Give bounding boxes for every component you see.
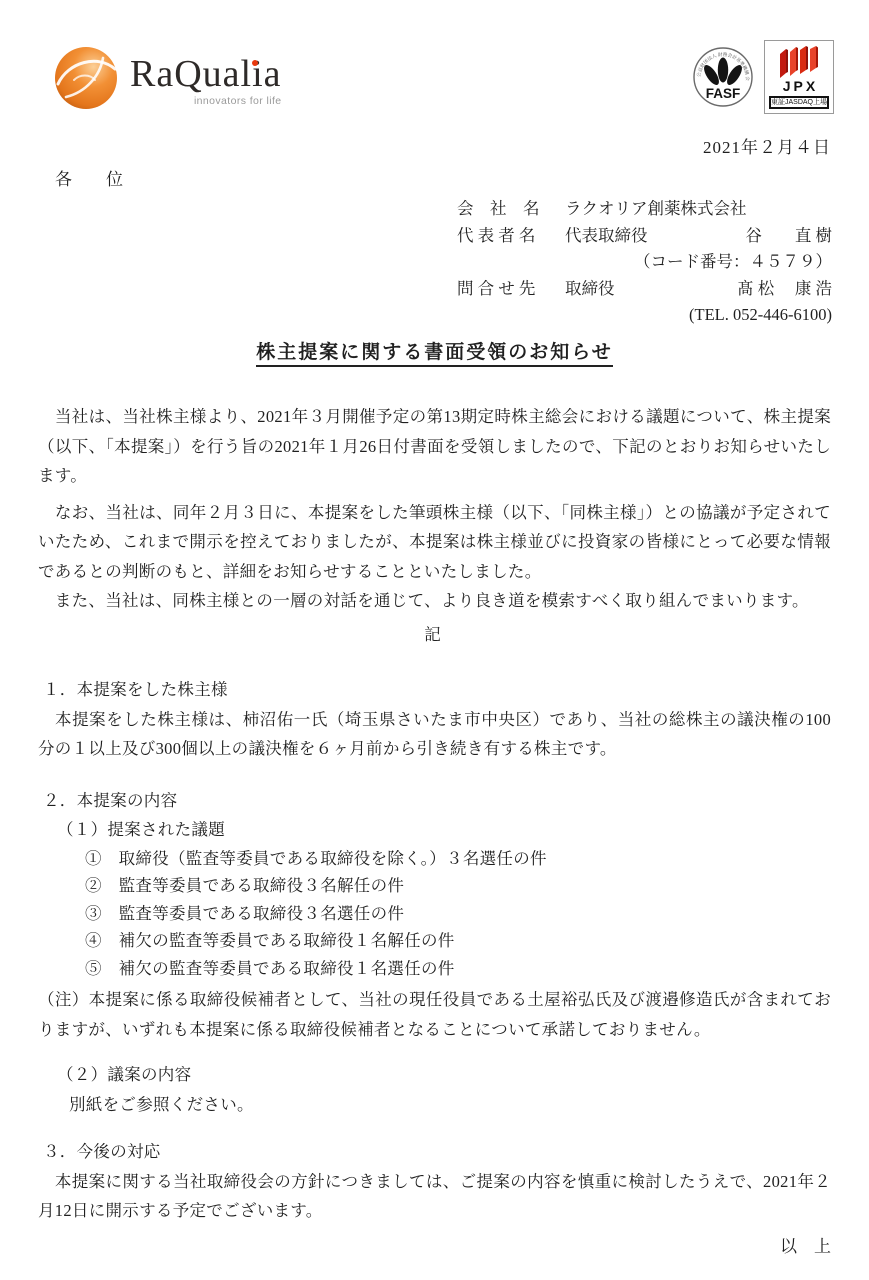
section2-sub2-heading: （２）議案の内容: [38, 1060, 831, 1090]
document-date: 2021年２月４日: [703, 133, 831, 158]
jpx-label: JPX: [783, 78, 818, 94]
proposal-item-1: ① 取締役（監査等委員である取締役を除く。）３名選任の件: [85, 845, 831, 873]
jpx-listing-band: 東証JASDAQ上場: [769, 96, 829, 109]
paragraph-background: なお、当社は、同年２月３日に、本提案をした筆頭株主様（以下、「同株主様」）との協…: [38, 498, 831, 587]
section1-body: 本提案をした株主様は、柿沼佑一氏（埼玉県さいたま市中央区）であり、当社の総株主の…: [38, 705, 831, 764]
addressee: 各 位: [55, 165, 123, 190]
brand-tagline: innovators for life: [130, 95, 282, 107]
contact-label: 問 合 せ 先: [457, 276, 565, 303]
section2-heading: ２．本提案の内容: [38, 786, 831, 816]
company-name-value: ラクオリア創薬株式会社: [565, 196, 747, 223]
section3-heading: ３．今後の対応: [38, 1137, 831, 1167]
paragraph-dialogue: また、当社は、同株主様との一層の対話を通じて、より良き道を模索すべく取り組んでま…: [38, 586, 831, 616]
proposal-item-3: ③ 監査等委員である取締役３名選任の件: [85, 900, 831, 928]
representative-title: 代表取締役: [565, 223, 648, 250]
raqualia-sphere-icon: [54, 46, 118, 110]
contact-title: 取締役: [565, 276, 615, 303]
company-row: 代 表 者 名 代表取締役 谷 直 樹: [457, 223, 832, 250]
proposal-item-4: ④ 補欠の監査等委員である取締役１名解任の件: [85, 927, 831, 955]
jpx-logo: JPX 東証JASDAQ上場: [764, 40, 834, 114]
company-row: 問 合 せ 先 取締役 髙 松 康 浩: [457, 276, 832, 303]
logo-text: RaQualia innovators for life: [130, 54, 282, 107]
representative-name: 谷 直 樹: [745, 223, 832, 250]
brand-name: RaQualia: [130, 54, 282, 94]
company-row: （コード番号：４５７９）: [457, 249, 832, 276]
ki-marker: 記: [38, 620, 831, 650]
section2-sub2-body: 別紙をご参照ください。: [38, 1090, 831, 1120]
document-body: 当社は、当社株主様より、2021年３月開催予定の第13期定時株主総会における議題…: [38, 402, 831, 1226]
page-title: 株主提案に関する書面受領のお知らせ: [256, 342, 612, 367]
proposal-items-list: ① 取締役（監査等委員である取締役を除く。）３名選任の件 ② 監査等委員である取…: [38, 845, 831, 983]
section2-sub1-heading: （１）提案された議題: [38, 815, 831, 845]
fasf-label: FASF: [706, 86, 741, 101]
company-row: (TEL. 052-446-6100): [457, 302, 832, 329]
contact-phone: (TEL. 052-446-6100): [689, 302, 832, 329]
section1-heading: １．本提案をした株主様: [38, 675, 831, 705]
brand-i-dot: [252, 60, 258, 66]
paragraph-intro: 当社は、当社株主様より、2021年３月開催予定の第13期定時株主総会における議題…: [38, 402, 831, 491]
closing-mark: 以 上: [780, 1232, 831, 1257]
jpx-bars-icon: [778, 46, 820, 78]
raqualia-logo: RaQualia innovators for life: [54, 46, 282, 110]
section3-body: 本提案に関する当社取締役会の方針につきましては、ご提案の内容を慎重に検討したうえ…: [38, 1167, 831, 1226]
company-name-label: 会 社 名: [457, 196, 565, 223]
proposal-item-2: ② 監査等委員である取締役３名解任の件: [85, 872, 831, 900]
stock-code: （コード番号：４５７９）: [634, 249, 832, 276]
fasf-seal-icon: 公益財団法人 財務会計基準機構 会員 FASF: [691, 43, 755, 109]
title-row: 株主提案に関する書面受領のお知らせ: [0, 337, 869, 364]
section2-note: （注）本提案に係る取締役候補者として、当社の現任役員である土屋裕弘氏及び渡邉修造…: [38, 985, 831, 1044]
document-page: RaQualia innovators for life 公益財団法人 財務会計…: [0, 0, 869, 1280]
company-info: 会 社 名 ラクオリア創薬株式会社 代 表 者 名 代表取締役 谷 直 樹 （コ…: [457, 196, 832, 329]
company-row: 会 社 名 ラクオリア創薬株式会社: [457, 196, 832, 223]
representative-label: 代 表 者 名: [457, 223, 565, 250]
contact-name: 髙 松 康 浩: [737, 276, 832, 303]
proposal-item-5: ⑤ 補欠の監査等委員である取締役１名選任の件: [85, 955, 831, 983]
